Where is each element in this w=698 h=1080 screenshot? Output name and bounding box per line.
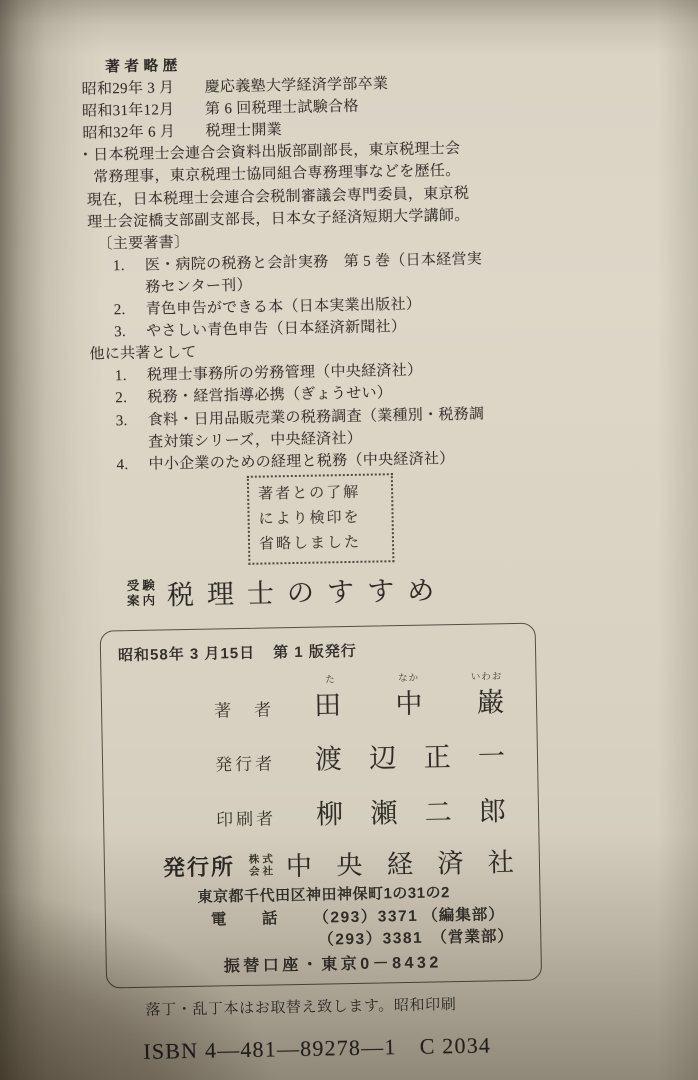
stamp-omission-box: 著者との了解 により検印を 省略しました	[247, 473, 395, 565]
colophon-box: 昭和58年 3 月15日 第 1 版発行 た なか いわお 著 者 田中巌 発行…	[100, 623, 542, 989]
item-number: 3.	[116, 409, 148, 432]
career-event: 税理士開業	[205, 119, 282, 142]
author-row: 著 者 田中巌	[214, 680, 505, 724]
printer-row: 印刷者 柳瀬二郎	[216, 789, 507, 833]
page-content: 著 者 略 歴 昭和29年 3 月 慶応義塾大学経済学部卒業 昭和31年12月 …	[0, 0, 698, 1080]
publisher-person-row: 発行者 渡辺正一	[215, 734, 506, 778]
person-role: 発行者	[215, 749, 315, 776]
person-name: 柳瀬二郎	[316, 789, 507, 831]
item-number: 2.	[115, 387, 147, 410]
publisher-row: 発行所 株式 会社 中央経済社	[163, 842, 515, 885]
item-text: 中小企業のための経理と税務（中央経済社）	[148, 448, 454, 476]
book-title-row: 受験 案内 税理士のすすめ	[127, 568, 448, 613]
phone-number: （293）3371	[313, 904, 418, 928]
series-label: 受験 案内	[127, 579, 159, 609]
corp-line: 会社	[249, 865, 276, 877]
person-role: 印刷者	[216, 804, 316, 831]
series-label-line: 案内	[127, 593, 158, 608]
item-number: 1.	[113, 255, 145, 278]
postal-account: 振替口座・東京0－8432	[224, 949, 442, 976]
phone-dept: （編集部）	[422, 902, 505, 926]
edition-line: 昭和58年 3 月15日 第 1 版発行	[118, 640, 357, 665]
publisher-corp: 株式 会社	[249, 853, 276, 877]
edition-label: 第 1 版発行	[273, 640, 357, 663]
phone-label: 電 話	[211, 906, 288, 929]
book-colophon-page: 著 者 略 歴 昭和29年 3 月 慶応義塾大学経済学部卒業 昭和31年12月 …	[0, 0, 698, 1080]
author-bio-section: 著 者 略 歴 昭和29年 3 月 慶応義塾大学経済学部卒業 昭和31年12月 …	[76, 49, 514, 477]
person-role: 著 者	[214, 695, 314, 722]
career-date: 昭和29年 3 月	[82, 77, 205, 101]
item-number: 4.	[116, 453, 148, 476]
phone-number: （293）3381	[318, 930, 423, 949]
item-number: 3.	[114, 321, 146, 344]
career-event: 第 6 回税理士試験合格	[205, 96, 359, 121]
person-name: 田中巌	[314, 680, 505, 722]
stamp-line: により検印を	[258, 505, 382, 532]
phone-row: （293）3381 （営業部）	[318, 924, 514, 950]
edition-date: 昭和58年 3 月15日	[118, 642, 255, 666]
series-label-line: 受験	[127, 579, 158, 594]
book-title: 税理士のすすめ	[167, 568, 448, 612]
publisher-role: 発行所	[163, 850, 236, 882]
item-number: 1.	[115, 365, 147, 388]
publisher-name: 中央経済社	[286, 842, 515, 883]
item-number: 2.	[114, 299, 146, 322]
career-date: 昭和32年 6 月	[82, 121, 205, 145]
phone-dept: （営業部）	[431, 928, 514, 947]
career-date: 昭和31年12月	[82, 99, 205, 123]
stamp-line: 著者との了解	[258, 480, 382, 507]
corp-line: 株式	[249, 853, 276, 865]
replacement-note: 落丁・乱丁本はお取替え致します。昭和印刷	[145, 993, 456, 1020]
isbn-line: ISBN 4―481―89278―1 C 2034	[143, 1028, 491, 1065]
career-event: 慶応義塾大学経済学部卒業	[204, 73, 388, 98]
stamp-line: 省略しました	[259, 530, 383, 557]
person-name: 渡辺正一	[315, 734, 506, 776]
